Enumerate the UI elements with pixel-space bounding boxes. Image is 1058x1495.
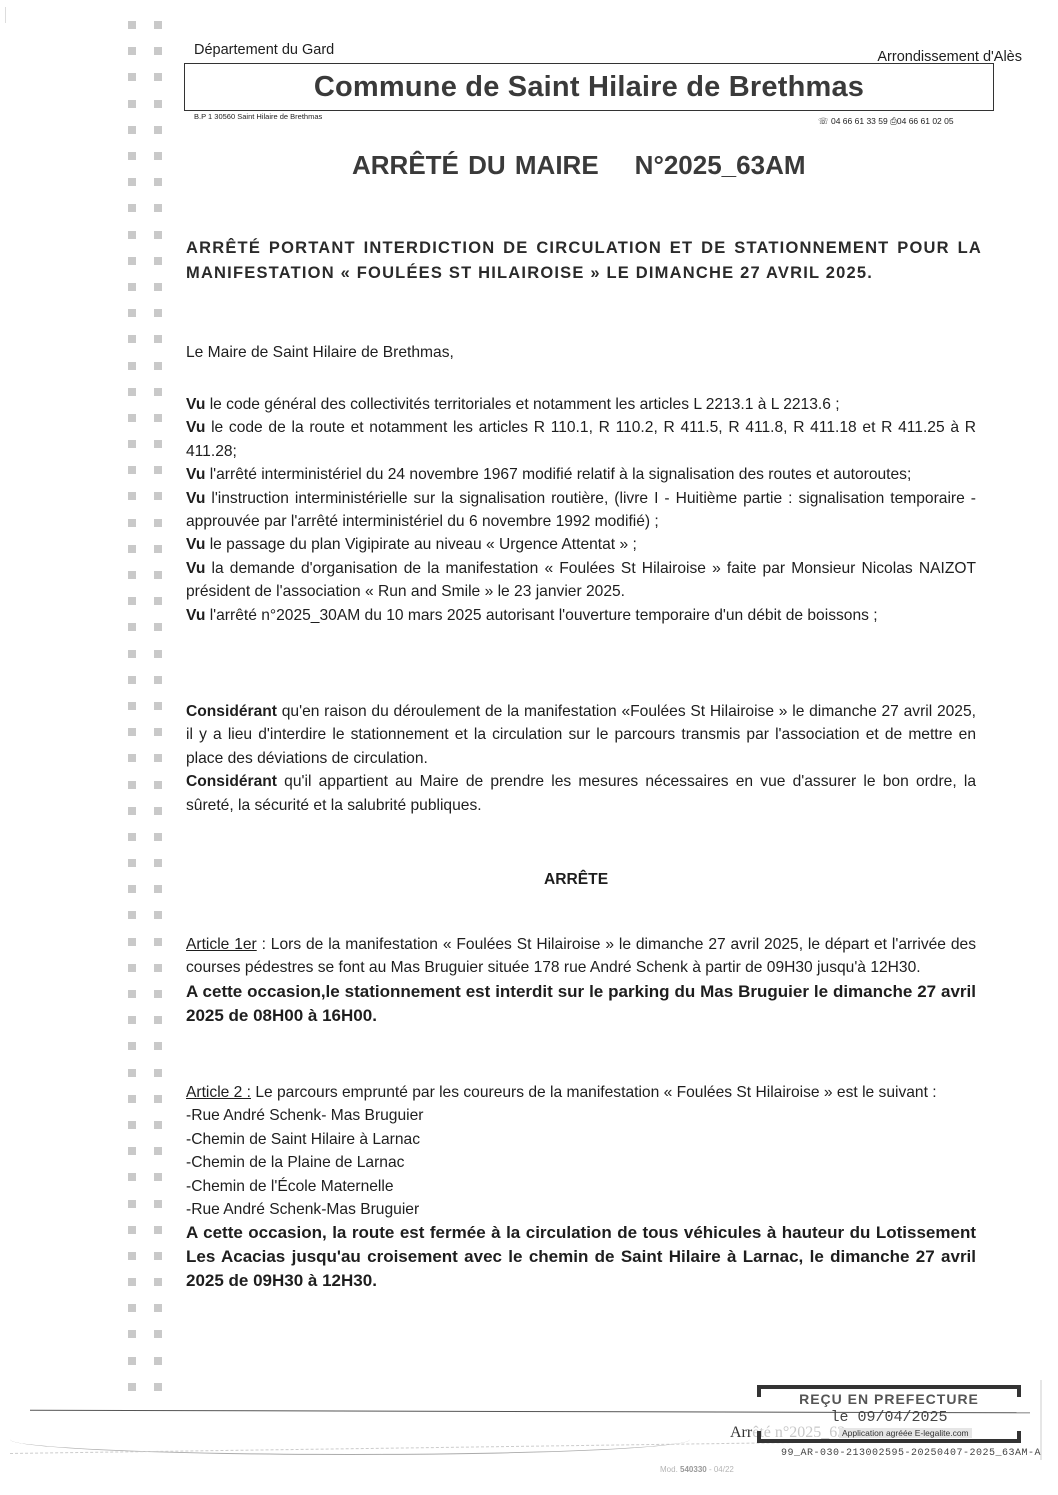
postal-address: B.P 1 30560 Saint Hilaire de Brethmas xyxy=(194,112,322,121)
route-item: -Chemin de Saint Hilaire à Larnac xyxy=(186,1128,976,1151)
scan-edge-mark xyxy=(5,7,6,23)
prefecture-stamp: REÇU EN PREFECTURE le 09/04/2025 Applica… xyxy=(757,1385,1021,1443)
maire-intro: Le Maire de Saint Hilaire de Brethmas, xyxy=(186,341,976,364)
considerants-list: Considérant qu'en raison du déroulement … xyxy=(186,700,976,817)
vu-item: Vu l'instruction interministérielle sur … xyxy=(186,487,976,534)
form-model-code: Mod. 540330 - 04/22 xyxy=(660,1465,734,1474)
article-2-road-closure: A cette occasion, la route est fermée à … xyxy=(186,1221,976,1293)
vu-item: Vu l'arrêté interministériel du 24 novem… xyxy=(186,463,976,486)
stamp-title: REÇU EN PREFECTURE xyxy=(757,1391,1021,1407)
article-1-text: : Lors de la manifestation « Foulées St … xyxy=(186,936,976,976)
vu-item: Vu le passage du plan Vigipirate au nive… xyxy=(186,533,976,556)
page-title: ARRÊTÉ DU MAIREN°2025_63AM xyxy=(352,150,806,181)
considerant-item: Considérant qu'en raison du déroulement … xyxy=(186,700,976,770)
stamp-date: le 09/04/2025 xyxy=(757,1409,1021,1426)
vu-item: Vu la demande d'organisation de la manif… xyxy=(186,557,976,604)
stamp-acte-id: 99_AR-030-213002595-20250407-2025_63AM-A xyxy=(781,1448,1041,1459)
route-item: -Chemin de l'École Maternelle xyxy=(186,1175,976,1198)
article-2-label: Article 2 : xyxy=(186,1084,251,1101)
route-item: -Rue André Schenk-Mas Bruguier xyxy=(186,1198,976,1221)
vu-item: Vu l'arrêté n°2025_30AM du 10 mars 2025 … xyxy=(186,604,976,627)
stamp-application: Application agréée E-legalite.com xyxy=(839,1428,972,1438)
vu-item: Vu le code de la route et notamment les … xyxy=(186,416,976,463)
phone-fax: ☏ 04 66 61 33 59 ⎙04 66 61 02 05 xyxy=(818,116,954,127)
considerant-item: Considérant qu'il appartient au Maire de… xyxy=(186,770,976,817)
commune-name: Commune de Saint Hilaire de Brethmas xyxy=(314,71,864,104)
route-item: -Rue André Schenk- Mas Bruguier xyxy=(186,1104,976,1127)
arrete-number: N°2025_63AM xyxy=(635,150,806,180)
departement-label: Département du Gard xyxy=(194,42,334,58)
commune-header-box: Commune de Saint Hilaire de Brethmas xyxy=(184,63,994,111)
route-item: -Chemin de la Plaine de Larnac xyxy=(186,1151,976,1174)
article-2: Article 2 : Le parcours emprunté par les… xyxy=(186,1081,976,1293)
vu-item: Vu le code général des collectivités ter… xyxy=(186,393,976,416)
article-1: Article 1er : Lors de la manifestation «… xyxy=(186,933,976,1028)
arrete-heading: ARRÊTE xyxy=(544,871,608,889)
arrete-subject: Arrêté portant interdiction de circulati… xyxy=(186,236,982,286)
article-1-parking-ban: A cette occasion,le stationnement est in… xyxy=(186,980,976,1028)
document-page: Département du Gard Arrondissement d'Alè… xyxy=(0,0,1058,1495)
title-label: ARRÊTÉ DU MAIRE xyxy=(352,150,599,180)
scan-curve-line xyxy=(10,1424,690,1455)
article-1-label: Article 1er xyxy=(186,936,257,953)
vus-list: Vu le code général des collectivités ter… xyxy=(186,393,976,627)
binder-holes xyxy=(128,12,168,1400)
article-2-text: Le parcours emprunté par les coureurs de… xyxy=(251,1084,937,1101)
